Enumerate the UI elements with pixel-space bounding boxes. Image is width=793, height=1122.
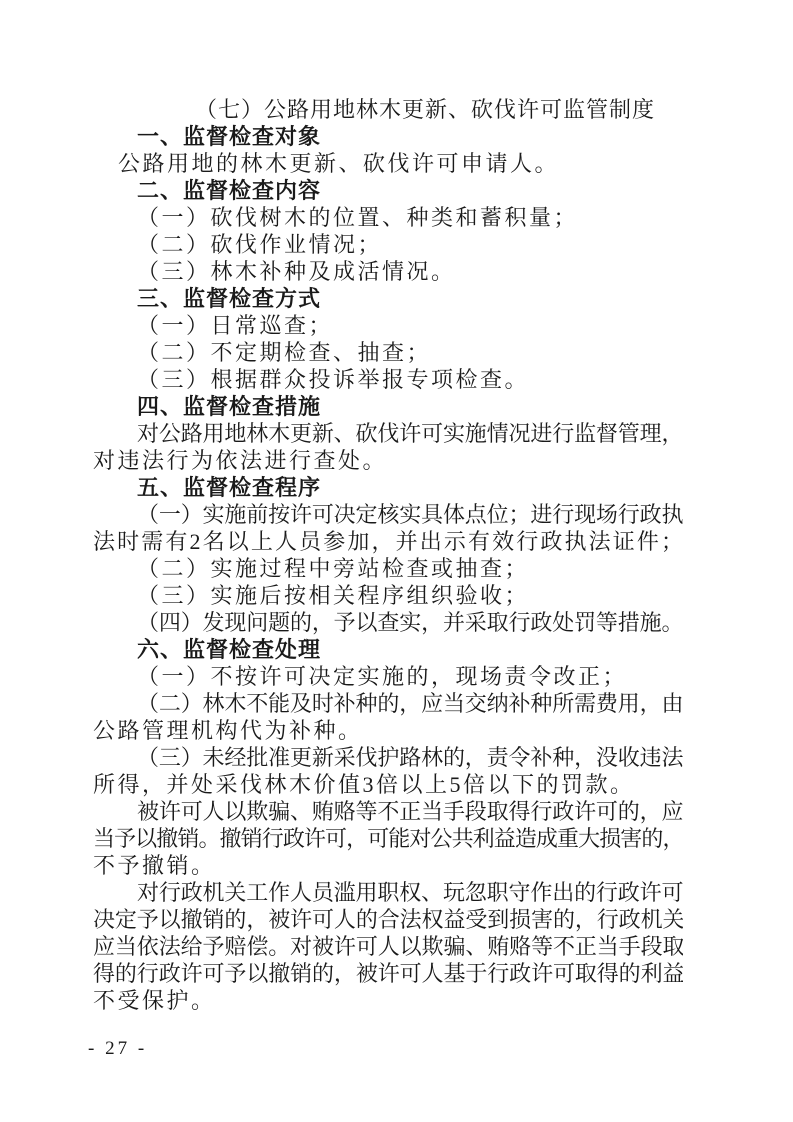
section-heading: 三、监督检查方式: [93, 285, 683, 312]
list-item-line: （二）不定期检查、抽查；: [93, 339, 683, 366]
paragraph-line: 法时需有2名以上人员参加，并出示有效行政执法证件；: [93, 528, 683, 555]
section-heading: 五、监督检查程序: [93, 474, 683, 501]
list-item-line: （二）林木不能及时补种的，应当交纳补种所需费用，由: [93, 690, 683, 717]
list-item-line: （三）根据群众投诉举报专项检查。: [93, 366, 683, 393]
list-item-line: （一）不按许可决定实施的，现场责令改正；: [93, 663, 683, 690]
paragraph-line: 被许可人以欺骗、贿赂等不正当手段取得行政许可的，应: [93, 798, 683, 825]
paragraph-line: 决定予以撤销的，被许可人的合法权益受到损害的，行政机关: [93, 906, 683, 933]
paragraph-line: 所得，并处采伐林木价值3倍以上5倍以下的罚款。: [93, 771, 683, 798]
paragraph-line: 对行政机关工作人员滥用职权、玩忽职守作出的行政许可: [93, 879, 683, 906]
page-number: - 27 -: [88, 1038, 147, 1060]
list-item-line: （一）实施前按许可决定核实具体点位；进行现场行政执: [93, 501, 683, 528]
list-item-line: （一）砍伐树木的位置、种类和蓄积量；: [93, 204, 683, 231]
document-body: （七）公路用地林木更新、砍伐许可监管制度 一、监督检查对象 公路用地的林木更新、…: [93, 96, 683, 1014]
list-item-line: （三）林木补种及成活情况。: [93, 258, 683, 285]
section-heading: 四、监督检查措施: [93, 393, 683, 420]
paragraph-line: 对公路用地林木更新、砍伐许可实施情况进行监督管理，: [93, 420, 683, 447]
list-item-line: （三）未经批准更新采伐护路林的，责令补种，没收违法: [93, 744, 683, 771]
paragraph-line: 对违法行为依法进行查处。: [93, 447, 683, 474]
paragraph-line: 公路用地的林木更新、砍伐许可申请人。: [93, 150, 683, 177]
list-item-line: （一）日常巡查；: [93, 312, 683, 339]
section-heading: 六、监督检查处理: [93, 636, 683, 663]
paragraph-line: 当予以撤销。撤销行政许可，可能对公共利益造成重大损害的，: [93, 825, 683, 852]
document-page: （七）公路用地林木更新、砍伐许可监管制度 一、监督检查对象 公路用地的林木更新、…: [0, 0, 793, 1122]
list-item-line: （二）砍伐作业情况；: [93, 231, 683, 258]
doc-title: （七）公路用地林木更新、砍伐许可监管制度: [93, 96, 683, 123]
paragraph-line: 不予撤销。: [93, 852, 683, 879]
list-item-line: （二）实施过程中旁站检查或抽查；: [93, 555, 683, 582]
paragraph-line: 公路管理机构代为补种。: [93, 717, 683, 744]
section-heading: 一、监督检查对象: [93, 123, 683, 150]
paragraph-line: 不受保护。: [93, 987, 683, 1014]
paragraph-line: 得的行政许可予以撤销的，被许可人基于行政许可取得的利益: [93, 960, 683, 987]
list-item-line: （三）实施后按相关程序组织验收；: [93, 582, 683, 609]
paragraph-line: 应当依法给予赔偿。对被许可人以欺骗、贿赂等不正当手段取: [93, 933, 683, 960]
list-item-line: （四）发现问题的，予以查实，并采取行政处罚等措施。: [93, 609, 683, 636]
section-heading: 二、监督检查内容: [93, 177, 683, 204]
